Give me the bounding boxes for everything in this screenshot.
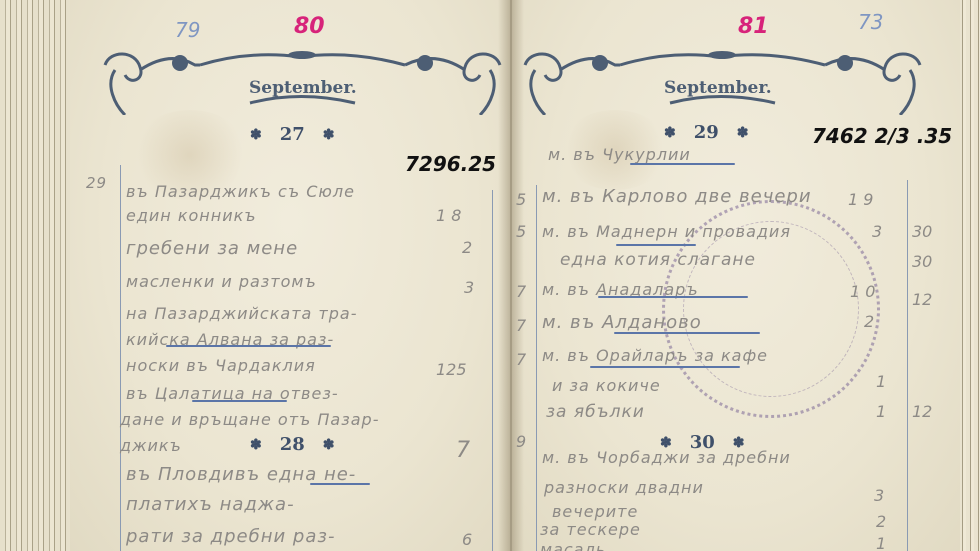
page-edges-right xyxy=(958,0,980,551)
fleuron-icon: ✽ xyxy=(737,125,749,141)
entry-extra: 12 xyxy=(912,402,932,421)
day-number: 28 xyxy=(280,434,305,455)
blue-underline xyxy=(614,332,760,334)
day-number: 29 xyxy=(694,122,719,143)
left-month-title: September. xyxy=(249,78,357,98)
open-diary: 79 80 September. ✽ 27 ✽ 7296.25 29 въ Па… xyxy=(0,0,980,551)
entry-amount: 2 xyxy=(876,512,886,531)
entry-text: един конникъ xyxy=(126,206,257,225)
entry-text: масленки и разтомъ xyxy=(126,272,317,291)
entry-margin: 5 xyxy=(516,222,527,241)
entry-text: разноски двадни xyxy=(544,478,704,497)
entry-amount: 1 9 xyxy=(848,190,873,209)
blue-underline xyxy=(166,345,331,347)
left-blue-page-number: 79 xyxy=(175,18,200,42)
entry-text: една котия слагане xyxy=(560,250,756,270)
entry-amount: 3 xyxy=(464,278,474,297)
fleuron-icon: ✽ xyxy=(323,437,335,453)
blue-underline xyxy=(598,296,748,298)
entry-text: дане и връщане отъ Пазар- xyxy=(120,410,379,429)
entry-text: масаль xyxy=(540,540,606,551)
entry-text: м. въ Чукурлии xyxy=(548,145,691,164)
entry-text: за ябълки xyxy=(546,402,645,422)
entry-amount: 7 xyxy=(456,438,470,463)
entry-text: гребени за мене xyxy=(126,238,298,259)
entry-text: и за кокиче xyxy=(552,376,661,395)
entry-amount: 3 xyxy=(874,486,884,505)
fleuron-icon: ✽ xyxy=(250,127,262,143)
fleuron-icon: ✽ xyxy=(664,125,676,141)
entry-text: носки въ Чардаклия xyxy=(126,356,316,375)
entry-amount: 1 xyxy=(876,534,886,551)
entry-amount: 1 xyxy=(876,372,886,391)
entry-text: платихъ наджа- xyxy=(126,494,295,515)
entry-amount: 1 8 xyxy=(436,206,461,225)
entry-extra: 12 xyxy=(912,290,932,309)
blue-underline xyxy=(616,244,696,246)
entry-text: вечерите xyxy=(552,502,638,521)
entry-text: м. въ Карлово две вечери xyxy=(542,186,812,207)
page-edges-left xyxy=(0,0,72,551)
right-pink-page-number: 81 xyxy=(738,14,769,39)
right-margin-rule xyxy=(536,185,537,551)
entry-margin: 5 xyxy=(516,190,527,209)
entry-amount: 1 0 xyxy=(850,282,875,301)
blue-underline xyxy=(630,163,735,165)
entry-amount: 2 xyxy=(462,238,472,257)
entry-text: въ Пловдивъ една не- xyxy=(126,464,356,485)
entry-text: м. въ Чорбаджи за дребни xyxy=(542,448,791,467)
blue-underline xyxy=(310,483,370,485)
entry-margin: 7 xyxy=(516,350,527,369)
entry-text: джикъ xyxy=(120,436,182,455)
right-ink-total: 7462 2/3 .35 xyxy=(812,124,952,148)
left-margin-number: 29 xyxy=(86,174,107,192)
entry-margin: 9 xyxy=(516,432,527,451)
fleuron-icon: ✽ xyxy=(323,127,335,143)
entry-text: м. въ Маднерн и провадия xyxy=(542,222,791,241)
blue-underline xyxy=(192,400,287,402)
entry-extra: 30 xyxy=(912,222,932,241)
entry-margin: 7 xyxy=(516,316,527,335)
left-pink-page-number: 80 xyxy=(294,14,325,39)
left-margin-rule xyxy=(120,165,121,551)
entry-text: на Пазарджийската тра- xyxy=(126,304,357,323)
entry-amount: 3 xyxy=(872,222,882,241)
left-right-rule xyxy=(492,190,493,551)
fleuron-icon: ✽ xyxy=(250,437,262,453)
left-day-28: ✽ 28 ✽ xyxy=(250,434,335,455)
entry-amount: 1 xyxy=(876,402,886,421)
left-ink-total: 7296.25 xyxy=(405,152,496,176)
entry-text: въ Пазарджикъ съ Сюле xyxy=(126,182,355,201)
left-day-27: ✽ 27 ✽ xyxy=(250,124,335,145)
entry-text: за тескере xyxy=(540,520,641,539)
entry-text: м. въ Алданово xyxy=(542,312,702,333)
right-day-29: ✽ 29 ✽ xyxy=(664,122,749,143)
right-month-title: September. xyxy=(664,78,772,98)
entry-text: рати за дребни раз- xyxy=(126,526,335,547)
day-number: 27 xyxy=(280,124,305,145)
entry-amount: 6 xyxy=(462,530,472,549)
entry-amount: 2 xyxy=(864,312,874,331)
right-blue-page-number: 73 xyxy=(858,10,883,34)
entry-margin: 7 xyxy=(516,282,527,301)
blue-underline xyxy=(590,366,740,368)
right-right-rule xyxy=(907,180,908,551)
entry-extra: 30 xyxy=(912,252,932,271)
entry-amount: 125 xyxy=(436,360,467,379)
entry-text: м. въ Орайларъ за кафе xyxy=(542,346,768,365)
